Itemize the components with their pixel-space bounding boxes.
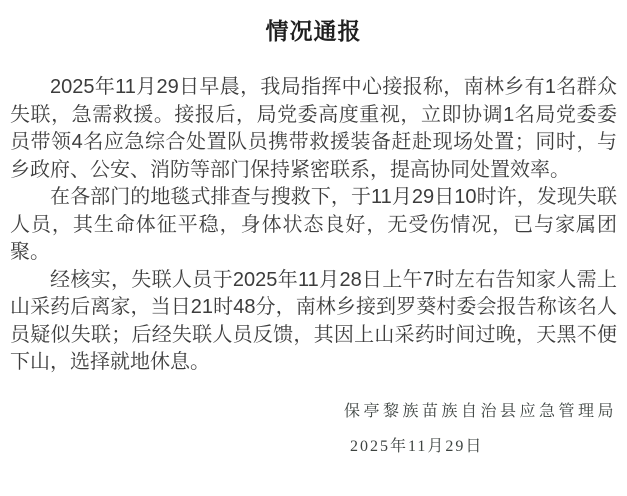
signature-date: 2025年11月29日	[344, 433, 617, 456]
paragraph-report-received: 2025年11月29日早晨，我局指挥中心接报称，南林乡有1名群众失联，急需救援。…	[10, 74, 617, 184]
signature-block: 保亭黎族苗族自治县应急管理局 2025年11月29日	[344, 398, 617, 456]
paragraph-person-found: 在各部门的地毯式排查与搜救下，于11月29日10时许，发现失联人员，其生命体征平…	[10, 184, 617, 267]
signature-agency: 保亭黎族苗族自治县应急管理局	[344, 398, 617, 421]
notice-document: 情况通报 2025年11月29日早晨，我局指挥中心接报称，南林乡有1名群众失联，…	[0, 0, 627, 496]
paragraph-verification-details: 经核实，失联人员于2025年11月28日上午7时左右告知家人需上山采药后离家，当…	[10, 267, 617, 377]
document-body: 2025年11月29日早晨，我局指挥中心接报称，南林乡有1名群众失联，急需救援。…	[10, 74, 617, 377]
document-title: 情况通报	[10, 13, 617, 46]
